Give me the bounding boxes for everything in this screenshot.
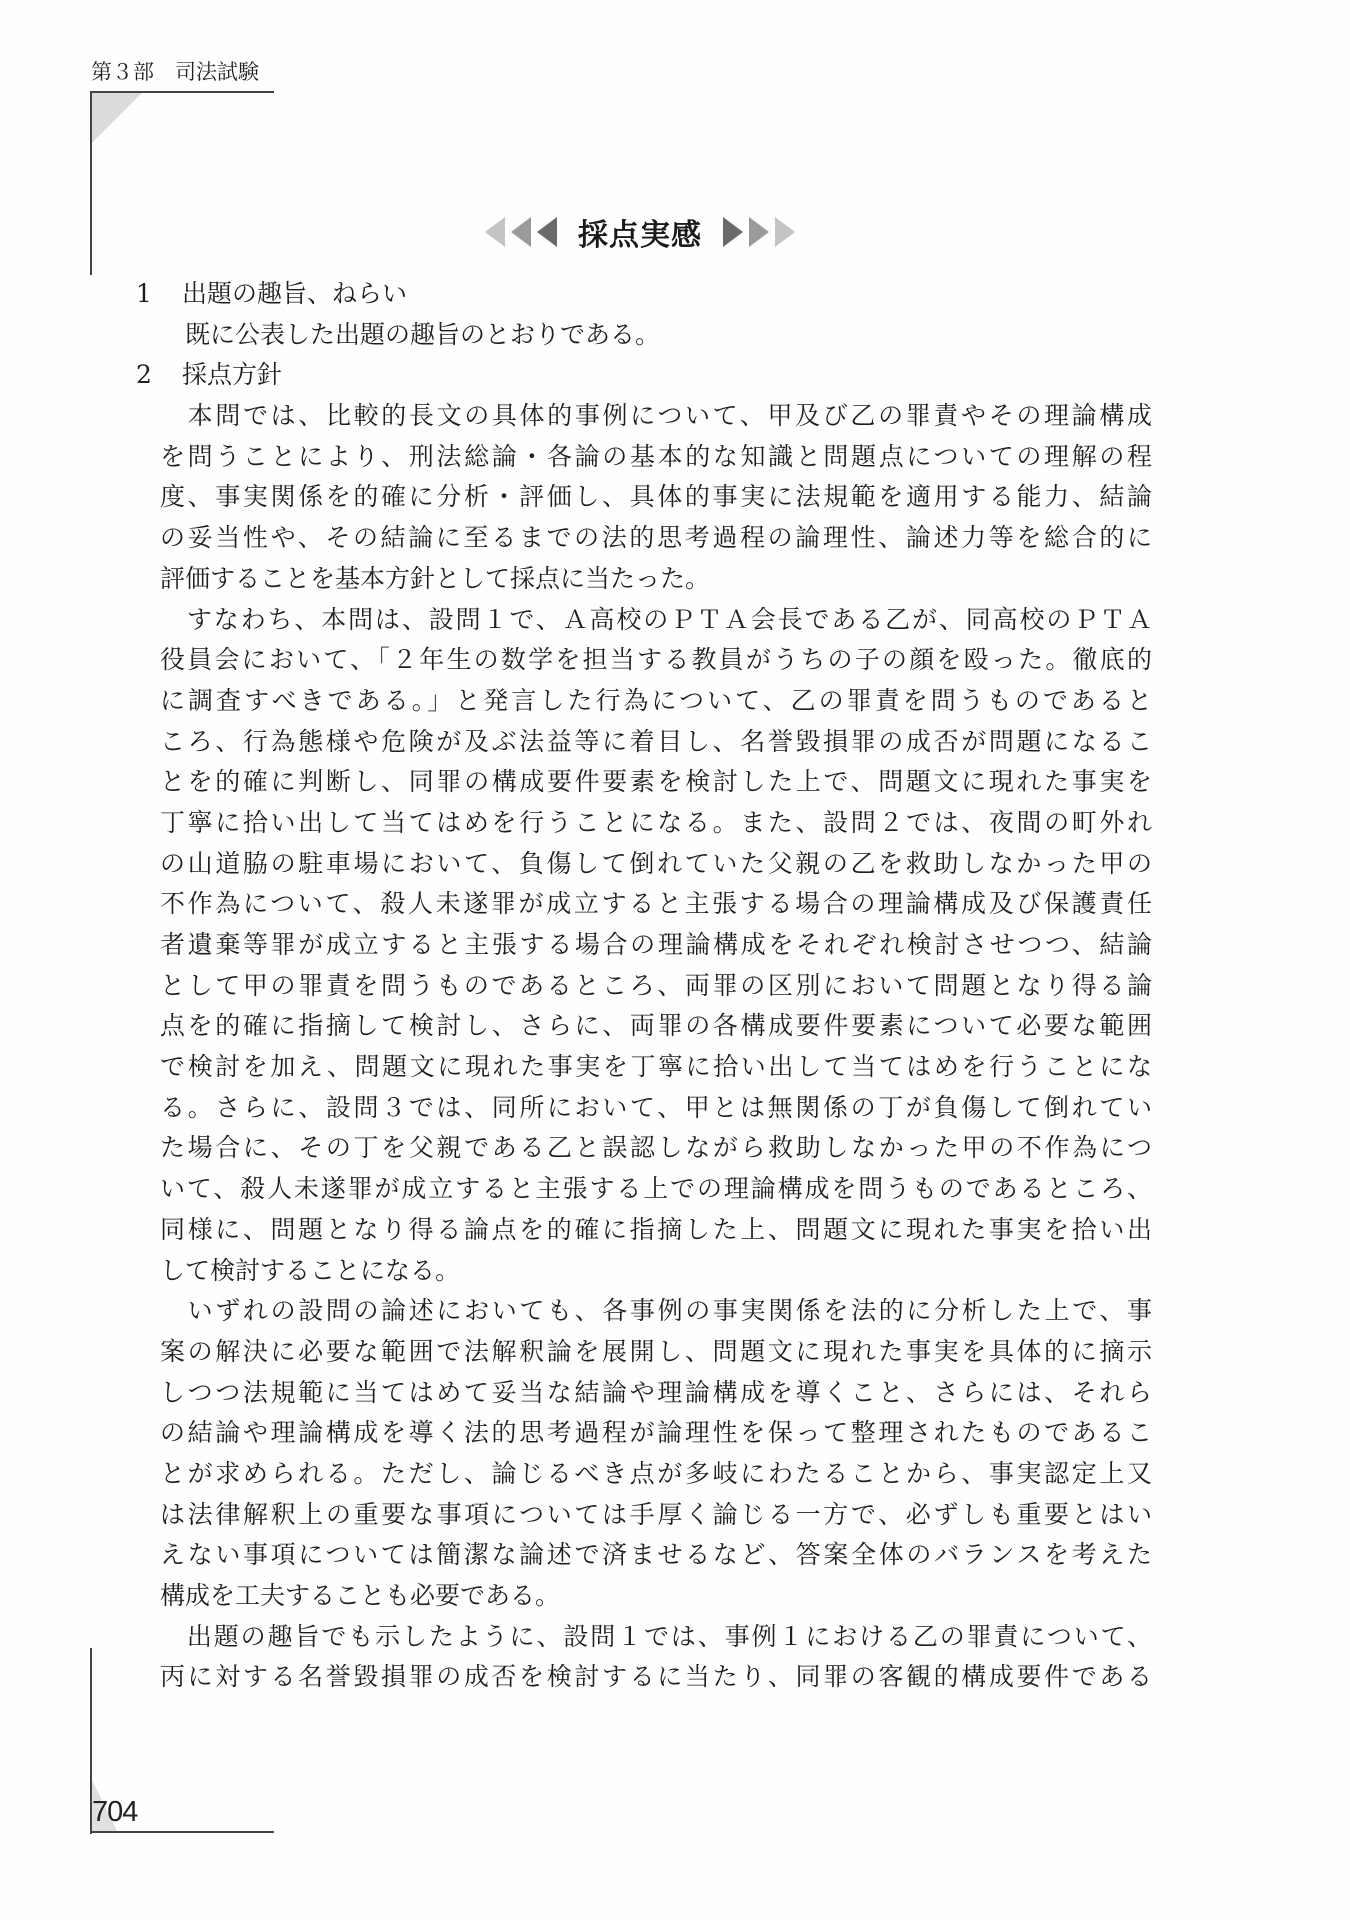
corner-triangle-decoration <box>92 93 142 143</box>
paragraph-line: すなわち、本問は、設問１で、Ａ高校のＰＴＡ会長である乙が、同高校のＰＴＡ <box>160 600 1152 641</box>
paragraph-line: 同様に、問題となり得る論点を的確に指摘した上、問題文に現れた事実を拾い出 <box>160 1210 1152 1251</box>
paragraph-line: の山道脇の駐車場において、負傷して倒れていた父親の乙を救助しなかった甲の <box>160 844 1152 885</box>
paragraph-line: 案の解決に必要な範囲で法解釈論を展開し、問題文に現れた事実を具体的に摘示 <box>160 1332 1152 1373</box>
title-text: 採点実感 <box>578 210 702 254</box>
paragraph-line: に調査すべきである。」と発言した行為について、乙の罪責を問うものであると <box>160 681 1152 722</box>
body-text: 1出題の趣旨、ねらい 既に公表した出題の趣旨のとおりである。 2採点方針 本問で… <box>160 274 1152 1698</box>
paragraph-line: ころ、行為態様や危険が及ぶ法益等に着目し、名誉毀損罪の成否が問題になるこ <box>160 722 1152 763</box>
arrow-right-icon <box>723 217 743 247</box>
paragraph-line: とを的確に判断し、同罪の構成要件要素を検討した上で、問題文に現れた事実を <box>160 762 1152 803</box>
section-body-line: 既に公表した出題の趣旨のとおりである。 <box>160 315 1152 356</box>
paragraph-line: の結論や理論構成を導く法的思考過程が論理性を保って整理されたものであるこ <box>160 1413 1152 1454</box>
paragraph-line: 本問では、比較的長文の具体的事例について、甲及び乙の罪責やその理論構成 <box>160 396 1152 437</box>
paragraph-line: た場合に、その丁を父親である乙と誤認しながら救助しなかった甲の不作為につ <box>160 1128 1152 1169</box>
paragraph-line: して検討することになる。 <box>160 1251 1152 1292</box>
section-title: 採点実感 <box>480 212 800 252</box>
paragraph-line: で検討を加え、問題文に現れた事実を丁寧に拾い出して当てはめを行うことにな <box>160 1047 1152 1088</box>
section-heading: 2採点方針 <box>160 355 1152 396</box>
paragraph-line: 不作為について、殺人未遂罪が成立すると主張する場合の理論構成及び保護責任 <box>160 884 1152 925</box>
paragraph-line: いずれの設問の論述においても、各事例の事実関係を法的に分析した上で、事 <box>160 1291 1152 1332</box>
paragraph-line: 役員会において、「２年生の数学を担当する教員がうちの子の顔を殴った。徹底的 <box>160 640 1152 681</box>
paragraph-line: 丙に対する名誉毀損罪の成否を検討するに当たり、同罪の客観的構成要件である <box>160 1657 1152 1698</box>
paragraph-line: 者遺棄等罪が成立すると主張する場合の理論構成をそれぞれ検討させつつ、結論 <box>160 925 1152 966</box>
arrow-right-icon <box>749 217 769 247</box>
paragraph-line: 点を的確に指摘して検討し、さらに、両罪の各構成要件要素について必要な範囲 <box>160 1006 1152 1047</box>
section-heading: 1出題の趣旨、ねらい <box>160 274 1152 315</box>
paragraph-line: 丁寧に拾い出して当てはめを行うことになる。また、設問２では、夜間の町外れ <box>160 803 1152 844</box>
paragraph-line: えない事項については簡潔な論述で済ませるなど、答案全体のバランスを考えた <box>160 1535 1152 1576</box>
arrow-right-icon <box>775 217 795 247</box>
arrow-left-icon <box>485 217 505 247</box>
paragraph-line: いて、殺人未遂罪が成立すると主張する上での理論構成を問うものであるところ、 <box>160 1169 1152 1210</box>
paragraph-line: 度、事実関係を的確に分析・評価し、具体的事実に法規範を適用する能力、結論 <box>160 477 1152 518</box>
paragraph-line: 出題の趣旨でも示したように、設問１では、事例１における乙の罪責について、 <box>160 1617 1152 1658</box>
paragraph-line: は法律解釈上の重要な事項については手厚く論じる一方で、必ずしも重要とはい <box>160 1495 1152 1536</box>
paragraph-line: 構成を工夫することも必要である。 <box>160 1576 1152 1617</box>
page-number: 704 <box>92 1796 137 1829</box>
paragraph-line: しつつ法規範に当てはめて妥当な結論や理論構成を導くこと、さらには、それら <box>160 1373 1152 1414</box>
paragraphs: 本問では、比較的長文の具体的事例について、甲及び乙の罪責やその理論構成を問うこと… <box>160 396 1152 1698</box>
paragraph-line: とが求められる。ただし、論じるべき点が多岐にわたることから、事実認定上又 <box>160 1454 1152 1495</box>
paragraph-line: を問うことにより、刑法総論・各論の基本的な知識と問題点についての理解の程 <box>160 437 1152 478</box>
paragraph-line: る。さらに、設問３では、同所において、甲とは無関係の丁が負傷して倒れてい <box>160 1088 1152 1129</box>
paragraph-line: の妥当性や、その結論に至るまでの法的思考過程の論理性、論述力等を総合的に <box>160 518 1152 559</box>
paragraph-line: 評価することを基本方針として採点に当たった。 <box>160 559 1152 600</box>
bottom-bracket-rule <box>90 1831 274 1833</box>
paragraph-line: として甲の罪責を問うものであるところ、両罪の区別において問題となり得る論 <box>160 966 1152 1007</box>
arrow-left-icon <box>511 217 531 247</box>
running-header: 第３部 司法試験 <box>91 56 259 86</box>
arrow-left-icon <box>537 217 557 247</box>
